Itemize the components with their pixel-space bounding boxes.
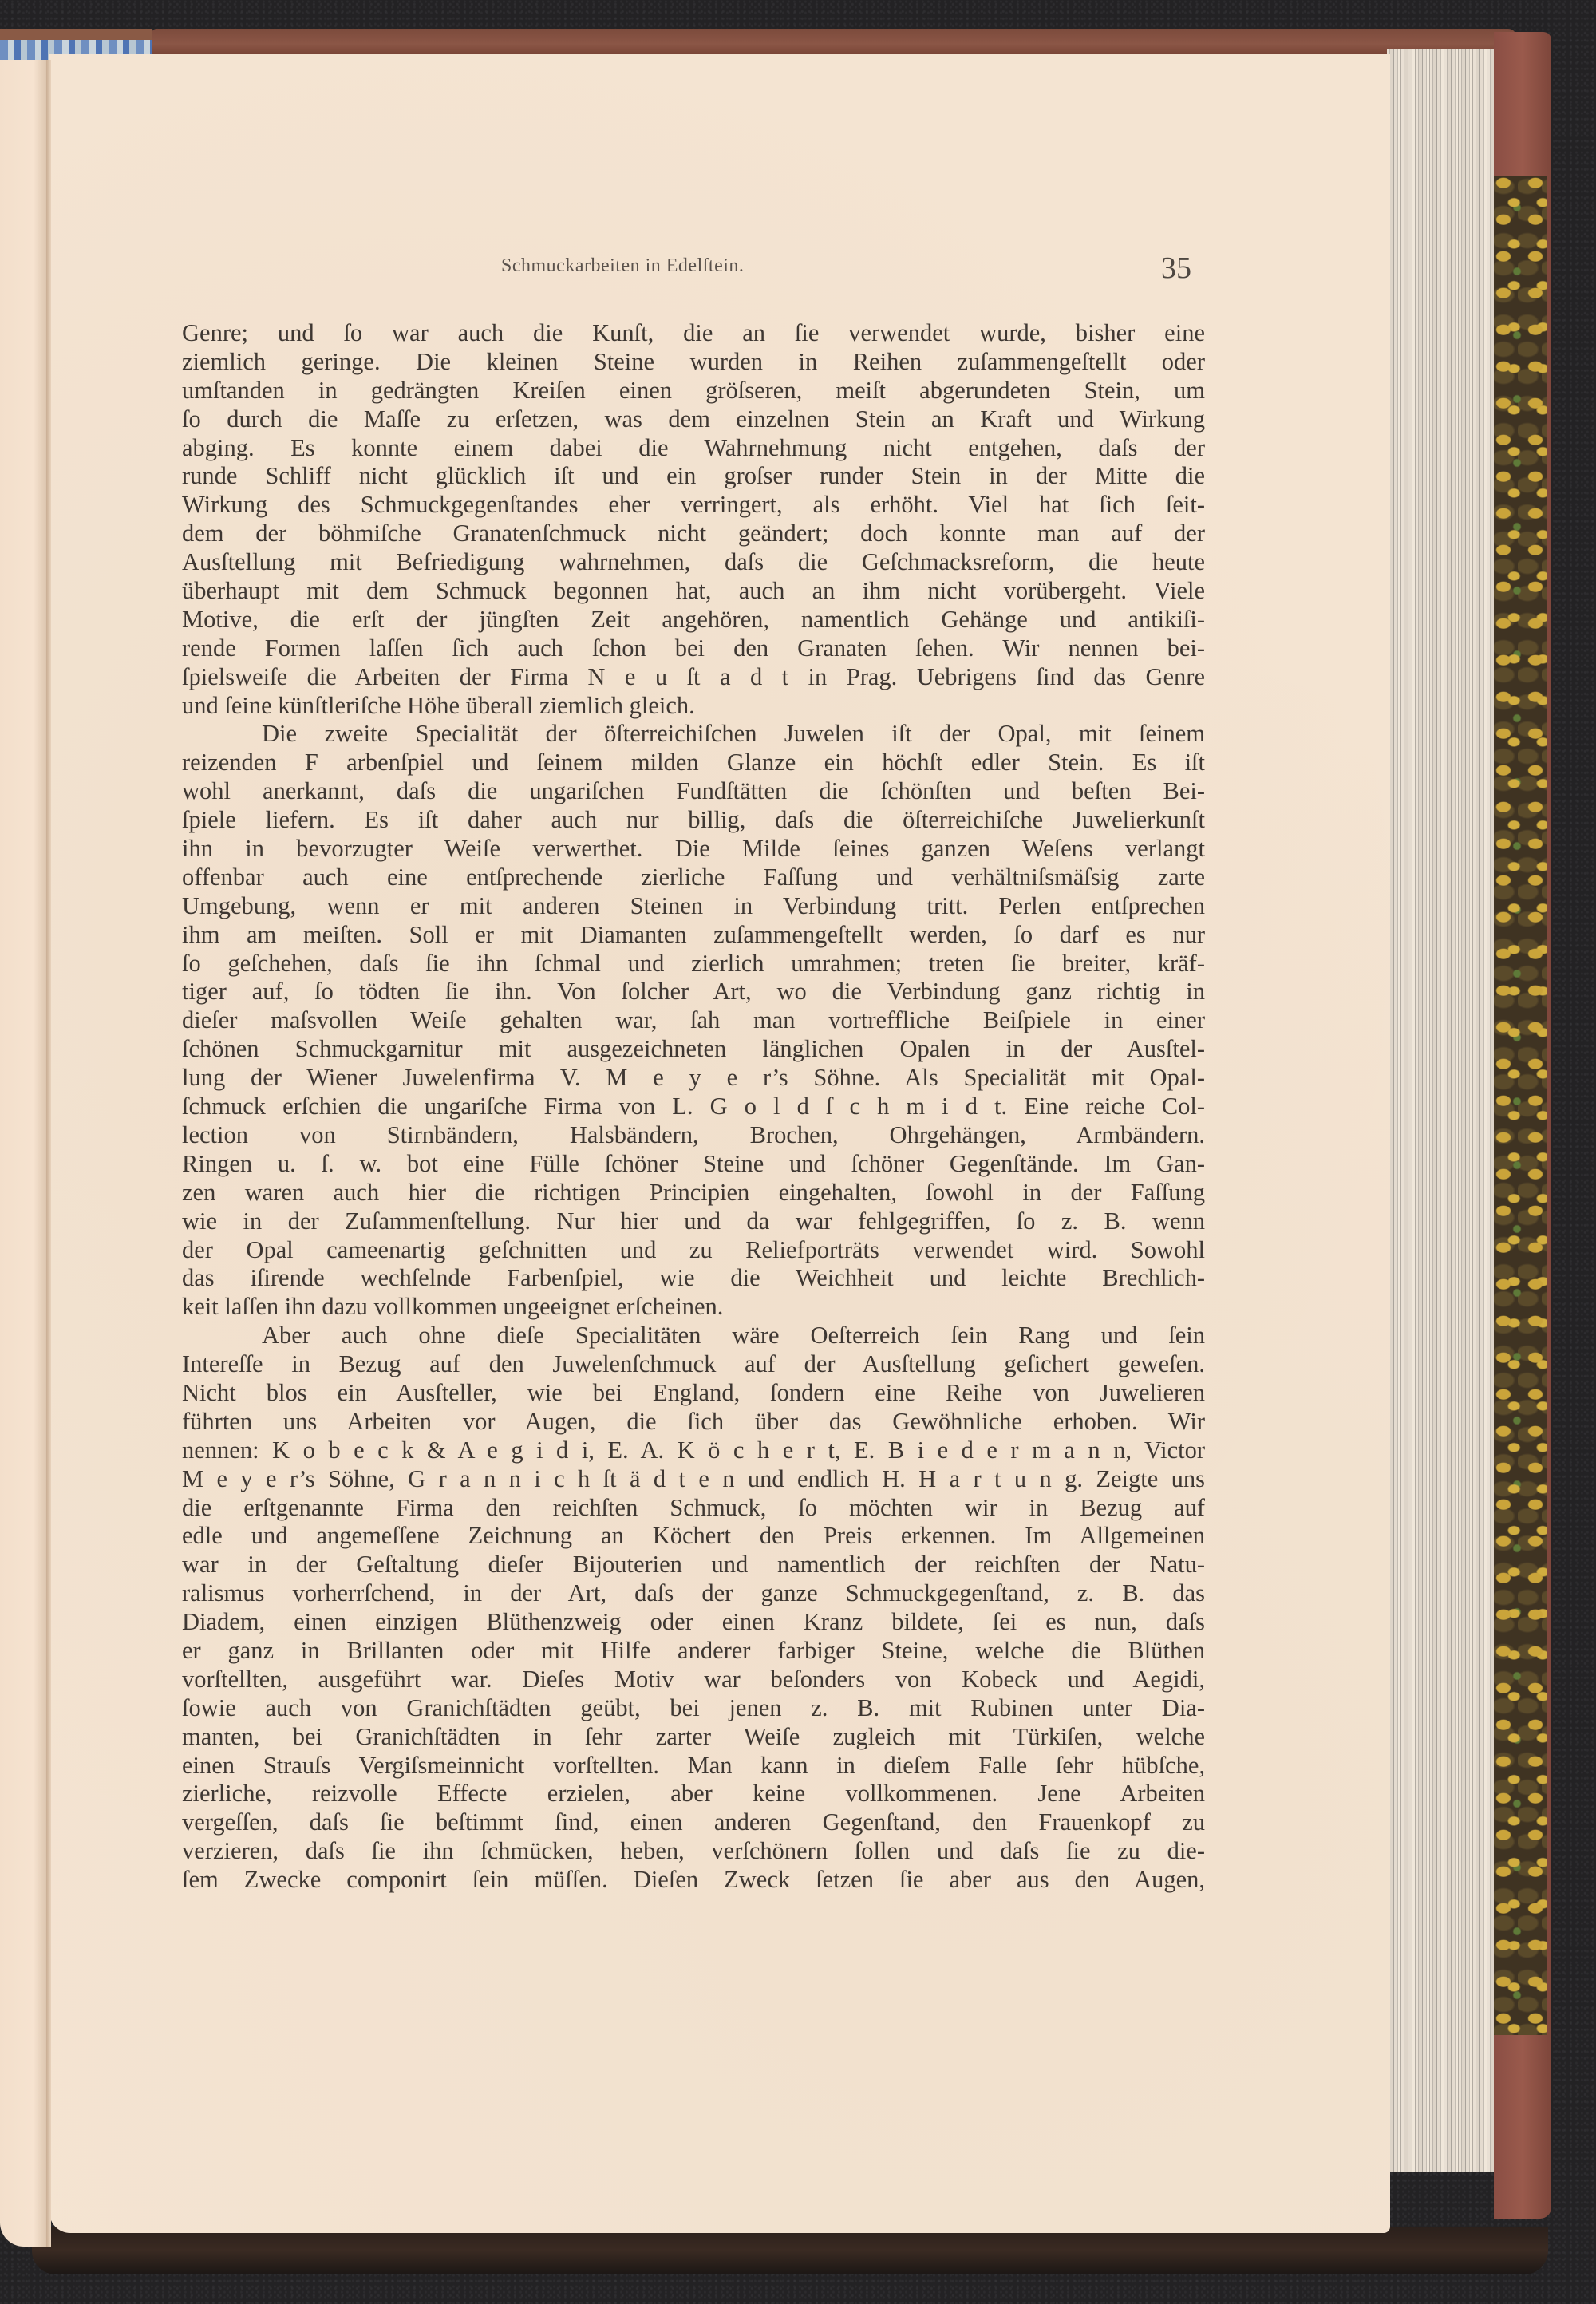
text-line: Nicht blos ein Ausſteller, wie bei Engla… bbox=[182, 1379, 1205, 1408]
text-line: tiger auf, ſo tödten ſie ihn. Von ſolche… bbox=[182, 978, 1205, 1006]
text-line: Motive, die erſt der jüngſten Zeit angeh… bbox=[182, 606, 1205, 634]
text-line: ſowie auch von Granichſtädten geübt, bei… bbox=[182, 1694, 1205, 1723]
marbled-edge bbox=[1494, 176, 1547, 2035]
text-line: war in der Geſtaltung dieſer Bijouterien… bbox=[182, 1551, 1205, 1579]
text-line: überhaupt mit dem Schmuck begonnen hat, … bbox=[182, 577, 1205, 606]
text-line: dem der böhmiſche Granatenſchmuck nicht … bbox=[182, 520, 1205, 548]
text-line: Wirkung des Schmuckgegenſtandes eher ver… bbox=[182, 491, 1205, 520]
text-line: vergeſſen, daſs ſie beſtimmt ſind, einen… bbox=[182, 1808, 1205, 1837]
text-line: umſtanden in gedrängten Kreiſen einen gr… bbox=[182, 377, 1205, 405]
book-binding-bottom bbox=[32, 2227, 1548, 2274]
text-line: keit laſſen ihn dazu vollkommen ungeeign… bbox=[182, 1293, 1205, 1322]
text-line: manten, bei Granichſtädten in ſehr zarte… bbox=[182, 1723, 1205, 1752]
text-line: die erſtgenannte Firma den reichſten Sch… bbox=[182, 1494, 1205, 1523]
text-line: ſem Zwecke componirt ſein müſſen. Dieſen… bbox=[182, 1866, 1205, 1895]
text-line: lung der Wiener Juwelenfirma V. M e y e … bbox=[182, 1064, 1205, 1093]
text-line: zen waren auch hier die richtigen Princi… bbox=[182, 1179, 1205, 1207]
paragraph-first-line: Aber auch ohne dieſe Specialitäten wäre … bbox=[182, 1322, 1205, 1350]
text-line: er ganz in Brillanten oder mit Hilfe and… bbox=[182, 1637, 1205, 1666]
facing-page-edge bbox=[0, 60, 48, 2247]
text-line: Ringen u. ſ. w. bot eine Fülle ſchöner S… bbox=[182, 1150, 1205, 1179]
text-line: führten uns Arbeiten vor Augen, die ſich… bbox=[182, 1408, 1205, 1437]
text-line: Diadem, einen einzigen Blüthenzweig oder… bbox=[182, 1608, 1205, 1637]
text-line: ziemlich geringe. Die kleinen Steine wur… bbox=[182, 348, 1205, 377]
text-line: zierliche, reizvolle Effecte erzielen, a… bbox=[182, 1780, 1205, 1808]
text-line: wohl anerkannt, daſs die ungariſchen Fun… bbox=[182, 777, 1205, 806]
text-line: edle und angemeſſene Zeichnung an Köcher… bbox=[182, 1522, 1205, 1551]
text-line: einen Strauſs Vergiſsmeinnicht vorſtellt… bbox=[182, 1752, 1205, 1780]
text-line: lection von Stirnbändern, Halsbändern, B… bbox=[182, 1121, 1205, 1150]
page-number: 35 bbox=[1144, 251, 1191, 286]
text-line: ralismus vorherrſchend, in der Art, daſs… bbox=[182, 1579, 1205, 1608]
text-line: offenbar auch eine entſprechende zierlic… bbox=[182, 864, 1205, 892]
book-binding-top bbox=[152, 29, 1516, 54]
text-line: rende Formen laſſen ſich auch ſchon bei … bbox=[182, 634, 1205, 663]
text-line: ſpielsweiſe die Arbeiten der Firma N e u… bbox=[182, 663, 1205, 692]
text-line: ſchönen Schmuckgarnitur mit ausgezeichne… bbox=[182, 1035, 1205, 1064]
body-text: Genre; und ſo war auch die Kunſt, die an… bbox=[182, 319, 1205, 1895]
text-line: vorſtellten, ausgeführt war. Dieſes Moti… bbox=[182, 1666, 1205, 1694]
text-line: abging. Es konnte einem dabei die Wahrne… bbox=[182, 434, 1205, 463]
text-line: reizenden F arbenſpiel und ſeinem milden… bbox=[182, 749, 1205, 777]
page-stack bbox=[1387, 49, 1494, 2172]
text-line: das iſirende wechſelnde Farbenſpiel, wie… bbox=[182, 1264, 1205, 1293]
text-line: und ſeine künſtleriſche Höhe überall zie… bbox=[182, 692, 1205, 721]
text-line: runde Schliff nicht glücklich iſt und ei… bbox=[182, 462, 1205, 491]
text-line: ihn in bevorzugter Weiſe verwerthet. Die… bbox=[182, 835, 1205, 864]
text-line: wie in der Zuſammenſtellung. Nur hier un… bbox=[182, 1207, 1205, 1236]
text-line: ſo geſchehen, daſs ſie ihn ſchmal und zi… bbox=[182, 950, 1205, 978]
paragraph-first-line: Die zweite Specialität der öſterreichiſc… bbox=[182, 720, 1205, 749]
running-head: Schmuckarbeiten in Edelſtein. bbox=[501, 255, 1060, 277]
text-line: M e y e r’s Söhne, G r a n n i c h ſt ä … bbox=[182, 1465, 1205, 1494]
text-line: Genre; und ſo war auch die Kunſt, die an… bbox=[182, 319, 1205, 348]
text-line: ihm am meiſten. Soll er mit Diamanten zu… bbox=[182, 921, 1205, 950]
text-line: ſchmuck erſchien die ungariſche Firma vo… bbox=[182, 1093, 1205, 1121]
text-line: Umgebung, wenn er mit anderen Steinen in… bbox=[182, 892, 1205, 921]
text-line: Ausſtellung mit Befriedigung wahrnehmen,… bbox=[182, 548, 1205, 577]
text-line: dieſer maſsvollen Weiſe gehalten war, ſa… bbox=[182, 1006, 1205, 1035]
page-gutter bbox=[46, 60, 51, 2247]
text-line: Intereſſe in Bezug auf den Juwelenſchmuc… bbox=[182, 1350, 1205, 1379]
text-line: ſpiele liefern. Es iſt daher auch nur bi… bbox=[182, 806, 1205, 835]
text-line: verzieren, daſs ſie ihn ſchmücken, heben… bbox=[182, 1837, 1205, 1866]
text-line: der Opal cameenartig geſchnitten und zu … bbox=[182, 1236, 1205, 1265]
text-line: nennen: K o b e c k & A e g i d i, E. A.… bbox=[182, 1437, 1205, 1465]
text-line: ſo durch die Maſſe zu erſetzen, was dem … bbox=[182, 405, 1205, 434]
